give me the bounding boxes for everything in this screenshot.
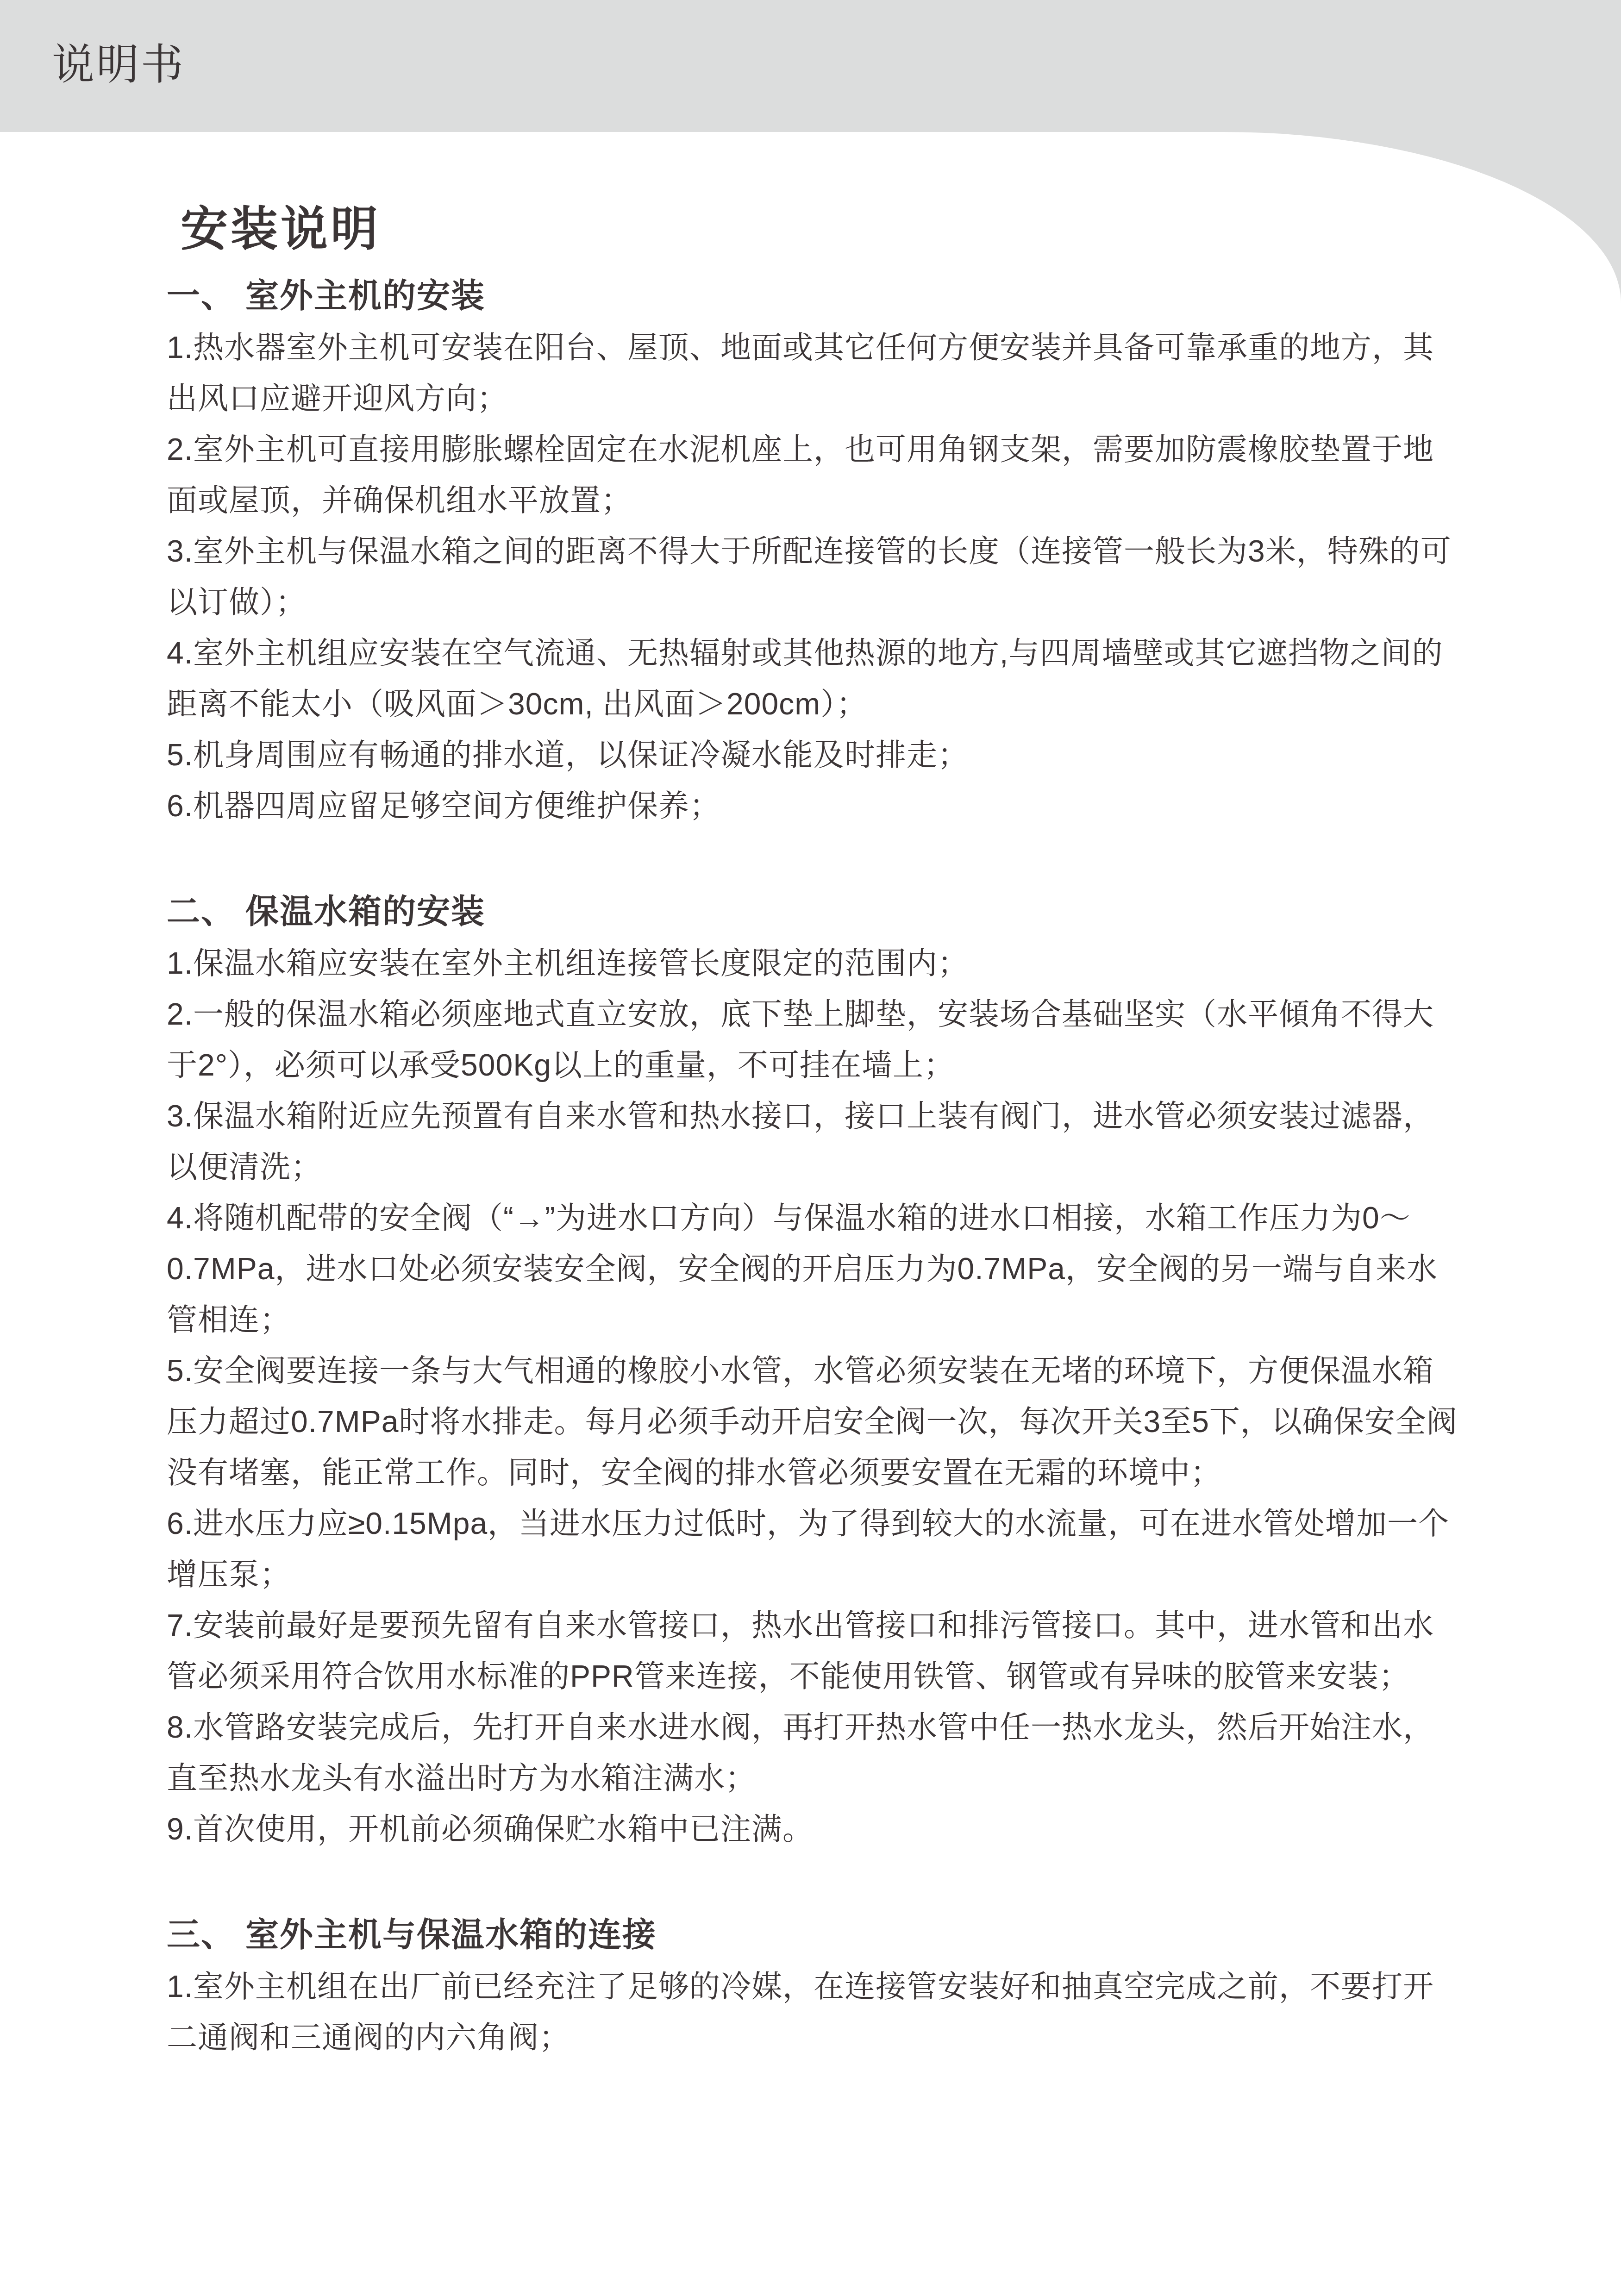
- section-heading: 二、 保温水箱的安装: [167, 886, 1463, 938]
- section-heading: 一、 室外主机的安装: [167, 270, 1463, 322]
- instruction-item: 1.室外主机组在出厂前已经充注了足够的冷媒，在连接管安装好和抽真空完成之前，不要…: [167, 1961, 1463, 2063]
- instruction-item: 3.保温水箱附近应先预置有自来水管和热水接口，接口上装有阀门，进水管必须安装过滤…: [167, 1090, 1463, 1192]
- instruction-item: 5.机身周围应有畅通的排水道，以保证冷凝水能及时排走；: [167, 729, 1463, 780]
- section-heading: 三、 室外主机与保温水箱的连接: [167, 1909, 1463, 1961]
- content-area: 安装说明 一、 室外主机的安装 1.热水器室外主机可安装在阳台、屋顶、地面或其它…: [167, 132, 1463, 2063]
- instruction-item: 5.安全阀要连接一条与大气相通的橡胶小水管，水管必须安装在无堵的环境下，方便保温…: [167, 1345, 1463, 1498]
- manual-type-label: 说明书: [52, 44, 185, 86]
- instruction-item: 2.室外主机可直接用膨胀螺栓固定在水泥机座上，也可用角钢支架，需要加防震橡胶垫置…: [167, 424, 1463, 526]
- instruction-item: 6.进水压力应≥0.15Mpa，当进水压力过低时，为了得到较大的水流量，可在进水…: [167, 1498, 1463, 1600]
- instruction-item: 9.首次使用，开机前必须确保贮水箱中已注满。: [167, 1803, 1463, 1854]
- instruction-item: 1.热水器室外主机可安装在阳台、屋顶、地面或其它任何方便安装并具备可靠承重的地方…: [167, 322, 1463, 424]
- page-title: 安装说明: [181, 201, 1463, 257]
- manual-page: 说明书 安装说明 一、 室外主机的安装 1.热水器室外主机可安装在阳台、屋顶、地…: [0, 0, 1621, 2296]
- header-band: 说明书: [0, 0, 1621, 132]
- instruction-item: 3.室外主机与保温水箱之间的距离不得大于所配连接管的长度（连接管一般长为3米，特…: [167, 526, 1463, 627]
- instruction-item: 4.将随机配带的安全阀（“→”为进水口方向）与保温水箱的进水口相接，水箱工作压力…: [167, 1192, 1463, 1345]
- instruction-item: 1.保温水箱应安装在室外主机组连接管长度限定的范围内；: [167, 938, 1463, 988]
- instruction-item: 4.室外主机组应安装在空气流通、无热辐射或其他热源的地方,与四周墙壁或其它遮挡物…: [167, 627, 1463, 729]
- instruction-item: 7.安装前最好是要预先留有自来水管接口，热水出管接口和排污管接口。其中，进水管和…: [167, 1600, 1463, 1702]
- section-water-tank: 二、 保温水箱的安装 1.保温水箱应安装在室外主机组连接管长度限定的范围内； 2…: [167, 886, 1463, 1854]
- instruction-item: 8.水管路安装完成后，先打开自来水进水阀，再打开热水管中任一热水龙头，然后开始注…: [167, 1702, 1463, 1803]
- instruction-item: 2.一般的保温水箱必须座地式直立安放，底下垫上脚垫，安装场合基础坚实（水平傾角不…: [167, 988, 1463, 1090]
- section-outdoor-unit: 一、 室外主机的安装 1.热水器室外主机可安装在阳台、屋顶、地面或其它任何方便安…: [167, 270, 1463, 831]
- section-connection: 三、 室外主机与保温水箱的连接 1.室外主机组在出厂前已经充注了足够的冷媒，在连…: [167, 1909, 1463, 2063]
- instruction-item: 6.机器四周应留足够空间方便维护保养；: [167, 780, 1463, 831]
